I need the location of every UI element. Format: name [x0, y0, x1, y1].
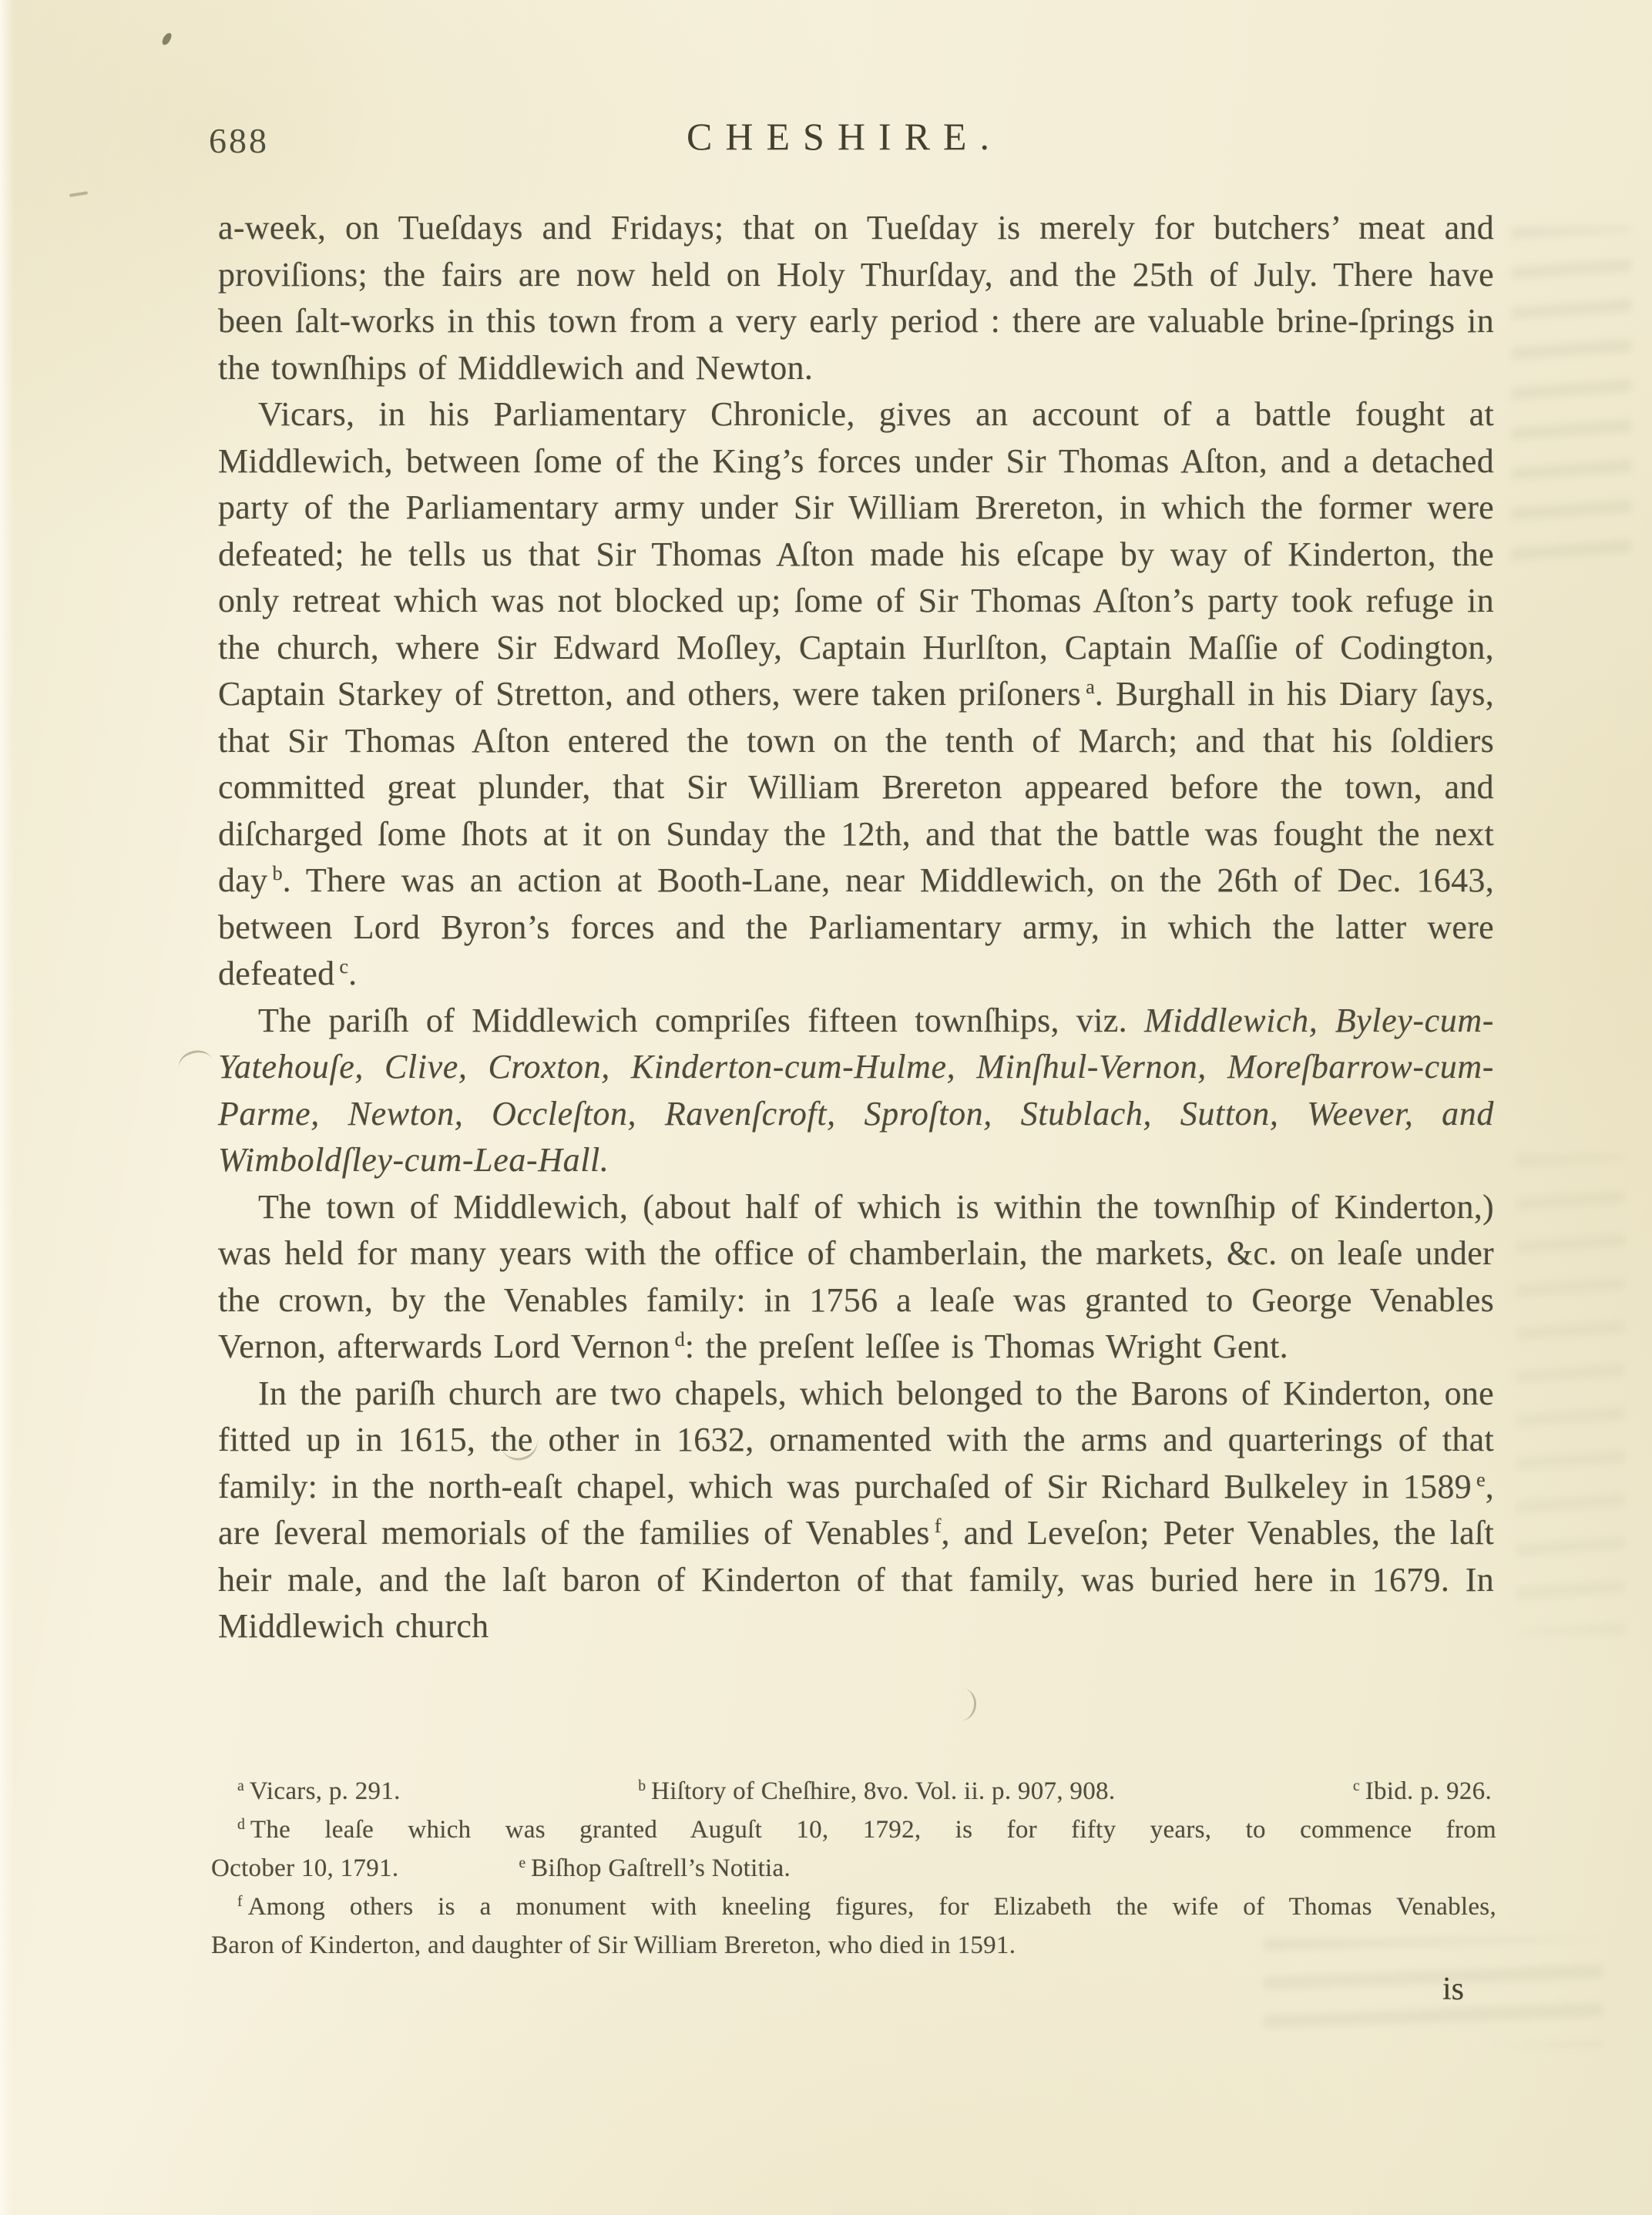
pencil-mark-paren [960, 1688, 978, 1721]
footnote-text: Baron of Kinderton, and daughter of Sir … [211, 1931, 1016, 1959]
ink-fleck [161, 32, 173, 46]
pencil-dash [69, 191, 88, 197]
footnote-label-c: c [1353, 1777, 1360, 1794]
pencil-squiggle [176, 1047, 212, 1069]
body-text: a-week, on Tueſdays and Fridays; that on… [218, 205, 1494, 1650]
footnote-marker-d: d [675, 1327, 685, 1351]
page-edge-highlight [0, 0, 14, 2215]
footnotes-section: aVicars, p. 291. bHiſtory of Cheſhire, 8… [211, 1772, 1496, 1965]
text-run: a-week, on Tueſdays and Fridays; that on… [218, 209, 1494, 387]
book-page: 688 CHESHIRE. a-week, on Tueſdays and Fr… [0, 0, 1652, 2215]
text-run: Vicars, in his Parliamentary Chronicle, … [218, 395, 1494, 713]
footnote-label-e: e [519, 1854, 525, 1871]
footnote-refs-line: aVicars, p. 291. bHiſtory of Cheſhire, 8… [211, 1772, 1496, 1811]
footnote-f-line1: fAmong others is a monument with kneelin… [211, 1888, 1496, 1926]
footnote-d-line1: dThe leaſe which was granted Auguſt 10, … [211, 1811, 1496, 1849]
bleedthrough-smudge [1516, 1156, 1624, 1633]
footnote-item-a: aVicars, p. 291. [237, 1772, 401, 1811]
text-run: . [348, 955, 357, 992]
footnote-text: Among others is a monument with kneeling… [248, 1893, 1496, 1921]
footnote-f-line2: Baron of Kinderton, and daughter of Sir … [211, 1926, 1496, 1965]
text-run: In the pariſh church are two chapels, wh… [218, 1374, 1494, 1505]
text-run: The pariſh of Middlewich compriſes fifte… [258, 1002, 1144, 1039]
catchword: is [1442, 1971, 1464, 2008]
footnote-text: Biſhop Gaſtrell’s Notitia. [531, 1854, 791, 1882]
footnote-label-d: d [237, 1816, 245, 1833]
footnote-text: Hiſtory of Cheſhire, 8vo. Vol. ii. p. 90… [651, 1777, 1115, 1805]
page-header: 688 CHESHIRE. [218, 114, 1491, 168]
text-run: . There was an action at Booth-Lane, nea… [218, 861, 1494, 992]
bleedthrough-smudge [1512, 227, 1631, 566]
footnote-item-b: bHiſtory of Cheſhire, 8vo. Vol. ii. p. 9… [638, 1772, 1115, 1811]
paragraph: a-week, on Tueſdays and Fridays; that on… [218, 205, 1494, 391]
footnote-text: Ibid. p. 926. [1365, 1777, 1492, 1805]
footnote-text: October 10, 1791. [211, 1854, 398, 1882]
footnote-marker-c: c [339, 955, 348, 978]
paragraph: The pariſh of Middlewich compriſes fifte… [218, 998, 1494, 1184]
footnote-marker-f: f [935, 1514, 942, 1537]
running-title: CHESHIRE. [218, 114, 1491, 159]
footnote-text: The leaſe which was granted Auguſt 10, 1… [250, 1816, 1496, 1844]
footnote-marker-a: a [1086, 675, 1095, 698]
footnote-marker-b: b [272, 861, 282, 884]
footnote-item-c: cIbid. p. 926. [1353, 1772, 1492, 1811]
paragraph: In the pariſh church are two chapels, wh… [218, 1371, 1494, 1650]
paragraph: The town of Middlewich, (about half of w… [218, 1184, 1494, 1371]
footnote-marker-e: e [1476, 1468, 1486, 1491]
footnote-label-f: f [237, 1893, 243, 1910]
footnote-label-b: b [638, 1777, 646, 1794]
text-run: : the preſent leſſee is Thomas Wright Ge… [685, 1327, 1288, 1365]
footnote-text: Vicars, p. 291. [250, 1777, 401, 1805]
paragraph: Vicars, in his Parliamentary Chronicle, … [218, 391, 1494, 998]
footnote-label-a: a [237, 1777, 244, 1794]
footnote-d-line2: October 10, 1791.eBiſhop Gaſtrell’s Noti… [211, 1849, 1496, 1888]
